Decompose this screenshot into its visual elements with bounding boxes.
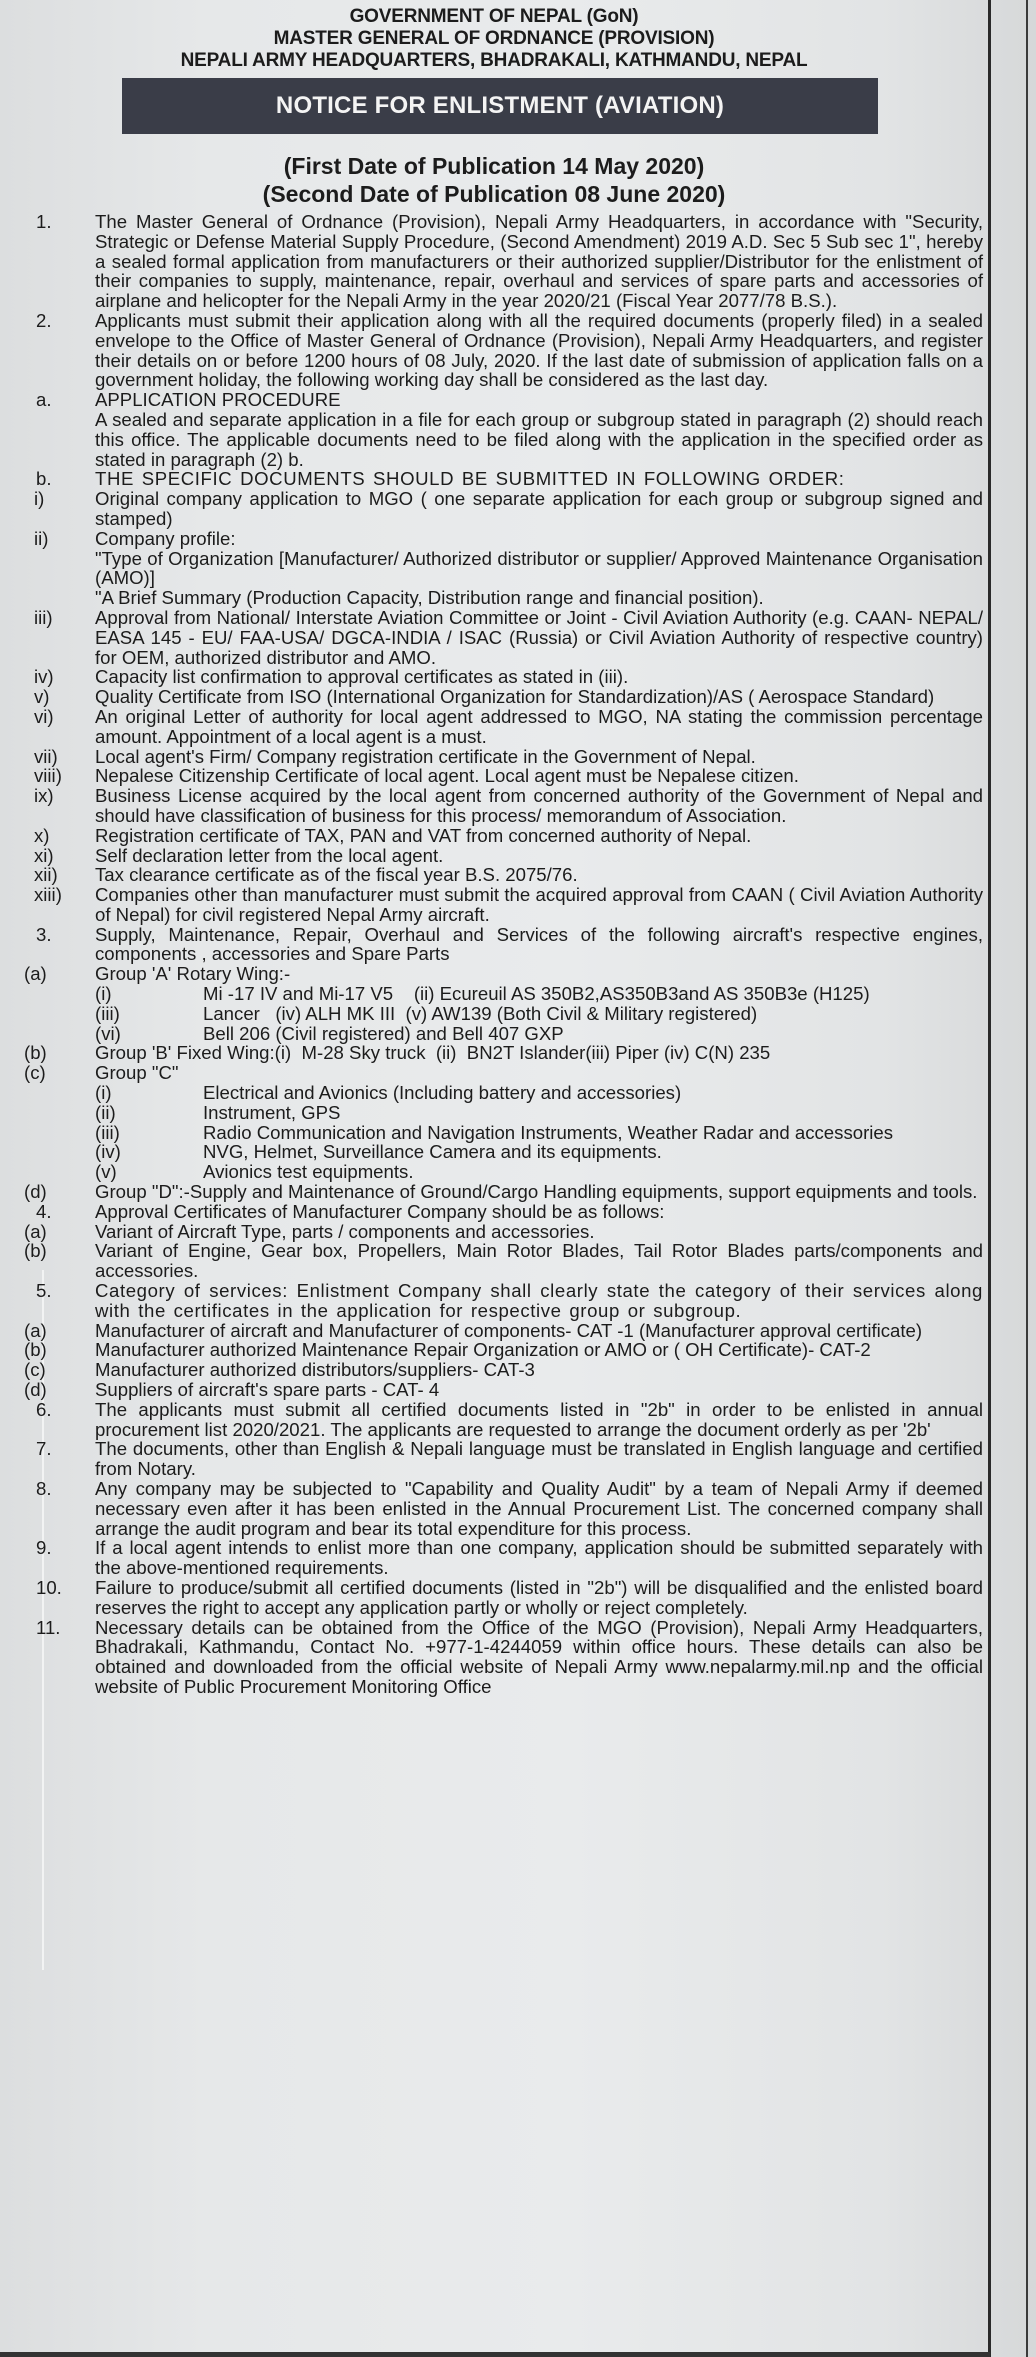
section-title: APPLICATION PROCEDURE xyxy=(95,390,983,410)
group-a-aircraft-list: (i)Mi -17 IV and Mi-17 V5 (ii) Ecureuil … xyxy=(0,984,988,1043)
paragraph-number: 1. xyxy=(0,212,95,311)
item-text: Variant of Aircraft Type, parts / compon… xyxy=(95,1222,983,1242)
paragraph-text: Supply, Maintenance, Repair, Overhaul an… xyxy=(95,925,983,965)
paragraph-number: 6. xyxy=(0,1400,95,1440)
indent xyxy=(0,1004,95,1024)
item-text: Original company application to MGO ( on… xyxy=(95,489,983,529)
document-item: xi)Self declaration letter from the loca… xyxy=(0,846,988,866)
item-text: Registration certificate of TAX, PAN and… xyxy=(95,826,983,846)
paragraph-number: a. xyxy=(0,390,95,410)
item-text: Quality Certificate from ISO (Internatio… xyxy=(95,687,983,707)
indent xyxy=(0,1142,95,1162)
item-number: (c) xyxy=(0,1360,95,1380)
group-c-items-list: (i)Electrical and Avionics (Including ba… xyxy=(0,1083,988,1182)
document-item: iii)Approval from National/ Interstate A… xyxy=(0,608,988,667)
paragraph-7: 7. The documents, other than English & N… xyxy=(0,1439,988,1479)
item-number: (a) xyxy=(0,1222,95,1242)
item-number: ix) xyxy=(0,786,95,826)
notice-body: 1. The Master General of Ordnance (Provi… xyxy=(0,212,988,1697)
item-number: iii) xyxy=(0,608,95,667)
paragraph-text: If a local agent intends to enlist more … xyxy=(95,1538,983,1578)
required-documents-list: i)Original company application to MGO ( … xyxy=(0,489,988,925)
list-item: (a)Variant of Aircraft Type, parts / com… xyxy=(0,1222,988,1242)
item-number: (d) xyxy=(0,1380,95,1400)
document-item: x)Registration certificate of TAX, PAN a… xyxy=(0,826,988,846)
notice-title: NOTICE FOR ENLISTMENT (AVIATION) xyxy=(276,92,724,120)
item-number: v) xyxy=(0,687,95,707)
contact-details: Necessary details can be obtained from t… xyxy=(95,1618,983,1697)
paragraph-number: 8. xyxy=(0,1479,95,1538)
list-item: (b)Manufacturer authorized Maintenance R… xyxy=(0,1340,988,1360)
company-profile-detail: "A Brief Summary (Production Capacity, D… xyxy=(0,588,983,608)
document-item: ii)Company profile: xyxy=(0,529,988,549)
item-number: (v) xyxy=(95,1162,203,1182)
header-government: GOVERNMENT OF NEPAL (GoN) xyxy=(0,6,988,28)
company-profile-detail: "Type of Organization [Manufacturer/ Aut… xyxy=(0,549,983,589)
item-number: xi) xyxy=(0,846,95,866)
item-number: xii) xyxy=(0,865,95,885)
paragraph-text: The documents, other than English & Nepa… xyxy=(95,1439,983,1479)
paragraph-2: 2. Applicants must submit their applicat… xyxy=(0,311,988,390)
item-text: Manufacturer authorized Maintenance Repa… xyxy=(95,1340,983,1360)
column-rule xyxy=(1026,0,1028,2357)
paragraph-text: The applicants must submit all certified… xyxy=(95,1400,983,1440)
item-text: Tax clearance certificate as of the fisc… xyxy=(95,865,983,885)
approval-certificates-list: (a)Variant of Aircraft Type, parts / com… xyxy=(0,1222,988,1281)
notice-border-right xyxy=(988,0,991,2357)
paragraph-text: Applicants must submit their application… xyxy=(95,311,983,390)
group-title: Group "D":-Supply and Maintenance of Gro… xyxy=(95,1182,983,1202)
list-item: (i)Mi -17 IV and Mi-17 V5 (ii) Ecureuil … xyxy=(0,984,988,1004)
item-text: Avionics test equipments. xyxy=(203,1162,988,1182)
item-text: Electrical and Avionics (Including batte… xyxy=(203,1083,988,1103)
item-text: Approval from National/ Interstate Aviat… xyxy=(95,608,983,667)
item-number: x) xyxy=(0,826,95,846)
item-text: Manufacturer authorized distributors/sup… xyxy=(95,1360,983,1380)
group-number: (c) xyxy=(0,1063,95,1083)
group-d: (d) Group "D":-Supply and Maintenance of… xyxy=(0,1182,988,1202)
group-number: (b) xyxy=(0,1043,95,1063)
item-text: Local agent's Firm/ Company registration… xyxy=(95,747,983,767)
application-procedure-text: A sealed and separate application in a f… xyxy=(0,410,983,469)
group-title: Group 'A' Rotary Wing:- xyxy=(95,964,983,984)
item-number: (b) xyxy=(0,1241,95,1281)
item-text: Mi -17 IV and Mi-17 V5 (ii) Ecureuil AS … xyxy=(203,984,988,1004)
document-item: i)Original company application to MGO ( … xyxy=(0,489,988,529)
item-text: Variant of Engine, Gear box, Propellers,… xyxy=(95,1241,983,1281)
paragraph-number: b. xyxy=(0,469,95,489)
item-text: Capacity list confirmation to approval c… xyxy=(95,667,983,687)
item-number: (a) xyxy=(0,1321,95,1341)
item-text: Lancer (iv) ALH MK III (v) AW139 (Both C… xyxy=(203,1004,988,1024)
indent xyxy=(0,1162,95,1182)
paragraph-number: 5. xyxy=(0,1281,95,1321)
header-department: MASTER GENERAL OF ORDNANCE (PROVISION) xyxy=(0,28,988,50)
paragraph-4: 4. Approval Certificates of Manufacturer… xyxy=(0,1202,988,1222)
item-number: i) xyxy=(0,489,95,529)
item-number: (b) xyxy=(0,1340,95,1360)
notice-title-banner: NOTICE FOR ENLISTMENT (AVIATION) xyxy=(122,78,878,134)
document-item: xiii)Companies other than manufacturer m… xyxy=(0,885,988,925)
paragraph-2b: b. THE SPECIFIC DOCUMENTS SHOULD BE SUBM… xyxy=(0,469,988,489)
list-item: (c)Manufacturer authorized distributors/… xyxy=(0,1360,988,1380)
document-item: vi)An original Letter of authority for l… xyxy=(0,707,988,747)
item-text: Company profile: xyxy=(95,529,983,549)
item-text: Bell 206 (Civil registered) and Bell 407… xyxy=(203,1024,988,1044)
list-item: (ii)Instrument, GPS xyxy=(0,1103,988,1123)
item-number: (vi) xyxy=(95,1024,203,1044)
paragraph-5: 5. Category of services: Enlistment Comp… xyxy=(0,1281,988,1321)
paragraph-text: Approval Certificates of Manufacturer Co… xyxy=(95,1202,983,1222)
paragraph-2a: a. APPLICATION PROCEDURE xyxy=(0,390,988,410)
paragraph-number: 4. xyxy=(0,1202,95,1222)
item-text: Suppliers of aircraft's spare parts - CA… xyxy=(95,1380,983,1400)
document-item: xii)Tax clearance certificate as of the … xyxy=(0,865,988,885)
item-text: Self declaration letter from the local a… xyxy=(95,846,983,866)
paragraph-11: 11. Necessary details can be obtained fr… xyxy=(0,1618,988,1697)
item-number: vii) xyxy=(0,747,95,767)
paragraph-number: 11. xyxy=(0,1618,95,1697)
paragraph-text: Any company may be subjected to "Capabil… xyxy=(95,1479,983,1538)
item-text: An original Letter of authority for loca… xyxy=(95,707,983,747)
paragraph-text: Category of services: Enlistment Company… xyxy=(95,1281,983,1321)
list-item: (iv)NVG, Helmet, Surveillance Camera and… xyxy=(0,1142,988,1162)
paragraph-number: 10. xyxy=(0,1578,95,1618)
section-title: THE SPECIFIC DOCUMENTS SHOULD BE SUBMITT… xyxy=(95,469,983,489)
list-item: (iii)Radio Communication and Navigation … xyxy=(0,1123,988,1143)
service-categories-list: (a)Manufacturer of aircraft and Manufact… xyxy=(0,1321,988,1400)
notice-border-bottom xyxy=(0,2352,990,2357)
paragraph-text: The Master General of Ordnance (Provisio… xyxy=(95,212,983,311)
item-text: Radio Communication and Navigation Instr… xyxy=(203,1123,988,1143)
paragraph-3: 3. Supply, Maintenance, Repair, Overhaul… xyxy=(0,925,988,965)
item-number: vi) xyxy=(0,707,95,747)
list-item: (v)Avionics test equipments. xyxy=(0,1162,988,1182)
item-number: xiii) xyxy=(0,885,95,925)
paragraph-6: 6. The applicants must submit all certif… xyxy=(0,1400,988,1440)
indent xyxy=(0,1024,95,1044)
group-number: (d) xyxy=(0,1182,95,1202)
item-number: (i) xyxy=(95,984,203,1004)
paragraph-9: 9. If a local agent intends to enlist mo… xyxy=(0,1538,988,1578)
first-publication-date: (First Date of Publication 14 May 2020) xyxy=(0,152,988,180)
group-number: (a) xyxy=(0,964,95,984)
paragraph-text: Failure to produce/submit all certified … xyxy=(95,1578,983,1618)
document-item: ix)Business License acquired by the loca… xyxy=(0,786,988,826)
header-address: NEPALI ARMY HEADQUARTERS, BHADRAKALI, KA… xyxy=(0,50,988,72)
document-item: viii)Nepalese Citizenship Certificate of… xyxy=(0,766,988,786)
item-number: ii) xyxy=(0,529,95,549)
list-item: (a)Manufacturer of aircraft and Manufact… xyxy=(0,1321,988,1341)
item-number: (iii) xyxy=(95,1004,203,1024)
group-title: Group 'B' Fixed Wing:(i) M-28 Sky truck … xyxy=(95,1043,983,1063)
paragraph-number: 3. xyxy=(0,925,95,965)
item-number: iv) xyxy=(0,667,95,687)
item-text: Manufacturer of aircraft and Manufacture… xyxy=(95,1321,983,1341)
list-item: (b)Variant of Engine, Gear box, Propelle… xyxy=(0,1241,988,1281)
enlistment-notice: GOVERNMENT OF NEPAL (GoN) MASTER GENERAL… xyxy=(0,0,988,1697)
document-item: iv)Capacity list confirmation to approva… xyxy=(0,667,988,687)
item-text: NVG, Helmet, Surveillance Camera and its… xyxy=(203,1142,988,1162)
paragraph-10: 10. Failure to produce/submit all certif… xyxy=(0,1578,988,1618)
list-item: (i)Electrical and Avionics (Including ba… xyxy=(0,1083,988,1103)
item-text: Companies other than manufacturer must s… xyxy=(95,885,983,925)
indent xyxy=(0,1083,95,1103)
item-text: Instrument, GPS xyxy=(203,1103,988,1123)
item-number: (iii) xyxy=(95,1123,203,1143)
item-number: viii) xyxy=(0,766,95,786)
item-number: (i) xyxy=(95,1083,203,1103)
item-number: (ii) xyxy=(95,1103,203,1123)
item-text: Business License acquired by the local a… xyxy=(95,786,983,826)
indent xyxy=(0,1123,95,1143)
document-item: vii)Local agent's Firm/ Company registra… xyxy=(0,747,988,767)
indent xyxy=(0,984,95,1004)
group-c: (c) Group "C" xyxy=(0,1063,988,1083)
document-item: v)Quality Certificate from ISO (Internat… xyxy=(0,687,988,707)
group-title: Group "C" xyxy=(95,1063,983,1083)
indent xyxy=(0,1103,95,1123)
list-item: (vi)Bell 206 (Civil registered) and Bell… xyxy=(0,1024,988,1044)
group-a: (a) Group 'A' Rotary Wing:- xyxy=(0,964,988,984)
paragraph-number: 7. xyxy=(0,1439,95,1479)
paragraph-8: 8. Any company may be subjected to "Capa… xyxy=(0,1479,988,1538)
paragraph-number: 9. xyxy=(0,1538,95,1578)
item-number: (iv) xyxy=(95,1142,203,1162)
item-text: Nepalese Citizenship Certificate of loca… xyxy=(95,766,983,786)
group-b: (b) Group 'B' Fixed Wing:(i) M-28 Sky tr… xyxy=(0,1043,988,1063)
paragraph-number: 2. xyxy=(0,311,95,390)
second-publication-date: (Second Date of Publication 08 June 2020… xyxy=(0,180,988,208)
list-item: (d)Suppliers of aircraft's spare parts -… xyxy=(0,1380,988,1400)
list-item: (iii)Lancer (iv) ALH MK III (v) AW139 (B… xyxy=(0,1004,988,1024)
paragraph-1: 1. The Master General of Ordnance (Provi… xyxy=(0,212,988,311)
